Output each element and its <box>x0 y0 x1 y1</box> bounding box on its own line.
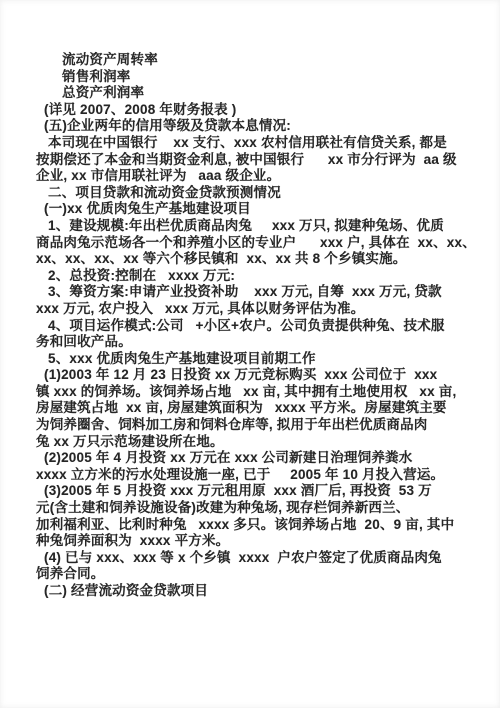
text-line: xx、xx、xx、xx 等六个移民镇和 xx、xx 共 8 个乡镇实施。 <box>36 251 482 268</box>
text-line: (二) 经营流动资金贷款项目 <box>36 583 482 600</box>
text-line: 种兔饲养面积为 xxxx 平方米。 <box>36 533 482 550</box>
text-line: 1、建设规模:年出栏优质商品肉兔 xxx 万只, 拟建种兔场、优质 <box>36 218 482 235</box>
text-line: (3)2005 年 5 月投资 xxx 万元租用原 xxx 酒厂后, 再投资 5… <box>36 483 482 500</box>
text-line: 3、筹资方案:申请产业投资补助 xxx 万元, 自筹 xxx 万元, 贷款 <box>36 284 482 301</box>
document-body: 流动资产周转率 销售利润率 总资产利润率 (详见 2007、2008 年财务报表… <box>36 52 482 600</box>
text-line: xxxx 立方米的污水处理设施一座, 已于 2005 年 10 月投入营运。 <box>36 467 482 484</box>
text-line: (4) 已与 xxx、xxx 等 x 个乡镇 xxxx 户农户签定了优质商品肉兔 <box>36 550 482 567</box>
text-line: 5、xxx 优质肉兔生产基地建设项目前期工作 <box>36 351 482 368</box>
text-line: 二、项目贷款和流动资金贷款预测情况 <box>36 185 482 202</box>
text-line: (一)xx 优质肉兔生产基地建设项目 <box>36 201 482 218</box>
document-page: 流动资产周转率 销售利润率 总资产利润率 (详见 2007、2008 年财务报表… <box>0 0 500 708</box>
text-line: 加利福利亚、比利时种兔 xxxx 多只。该饲养场占地 20、9 亩, 其中 <box>36 517 482 534</box>
text-line: (1)2003 年 12 月 23 日投资 xx 万元竞标购买 xxx 公司位于… <box>36 367 482 384</box>
text-line: 本司现在中国银行 xx 支行、xxx 农村信用联社有信贷关系, 都是 <box>36 135 482 152</box>
text-line: 按期偿还了本金和当期资金利息, 被中国银行 xx 市分行评为 aa 级 <box>36 152 482 169</box>
text-line: 元(含土建和饲养设施设备)改建为种兔场, 现存栏饲养新西兰、 <box>36 500 482 517</box>
text-line: 流动资产周转率 <box>36 52 482 69</box>
text-line: 兔 xx 万只示范场建设所在地。 <box>36 434 482 451</box>
text-line: (详见 2007、2008 年财务报表 ) <box>36 102 482 119</box>
text-line: 务和回收产品。 <box>36 334 482 351</box>
text-line: 4、项目运作模式:公司 +小区+农户。公司负责提供种兔、技术服 <box>36 318 482 335</box>
text-line: 2、总投资:控制在 xxxx 万元: <box>36 268 482 285</box>
text-line: 商品肉兔示范场各一个和养殖小区的专业户 xxx 户, 具体在 xx、xx、 <box>36 235 482 252</box>
text-line: 销售利润率 <box>36 69 482 86</box>
text-line: 房屋建筑占地 xx 亩, 房屋建筑面积为 xxxx 平方米。房屋建筑主要 <box>36 400 482 417</box>
text-line: 为饲养圈舍、饲料加工房和饲料仓库等, 拟用于年出栏优质商品肉 <box>36 417 482 434</box>
text-line: 总资产利润率 <box>36 85 482 102</box>
text-line: xxx 万元, 农户投入 xxx 万元, 具体以财务评估为准。 <box>36 301 482 318</box>
text-line: (2)2005 年 4 月投资 xx 万元在 xxx 公司新建日治理饲养粪水 <box>36 450 482 467</box>
text-line: 企业, xx 市信用联社评为 aaa 级企业。 <box>36 168 482 185</box>
text-line: 镇 xxx 的饲养场。该饲养场占地 xx 亩, 其中拥有土地使用权 xx 亩, <box>36 384 482 401</box>
text-line: (五)企业两年的信用等级及贷款本息情况: <box>36 118 482 135</box>
text-line: 饲养合同。 <box>36 566 482 583</box>
